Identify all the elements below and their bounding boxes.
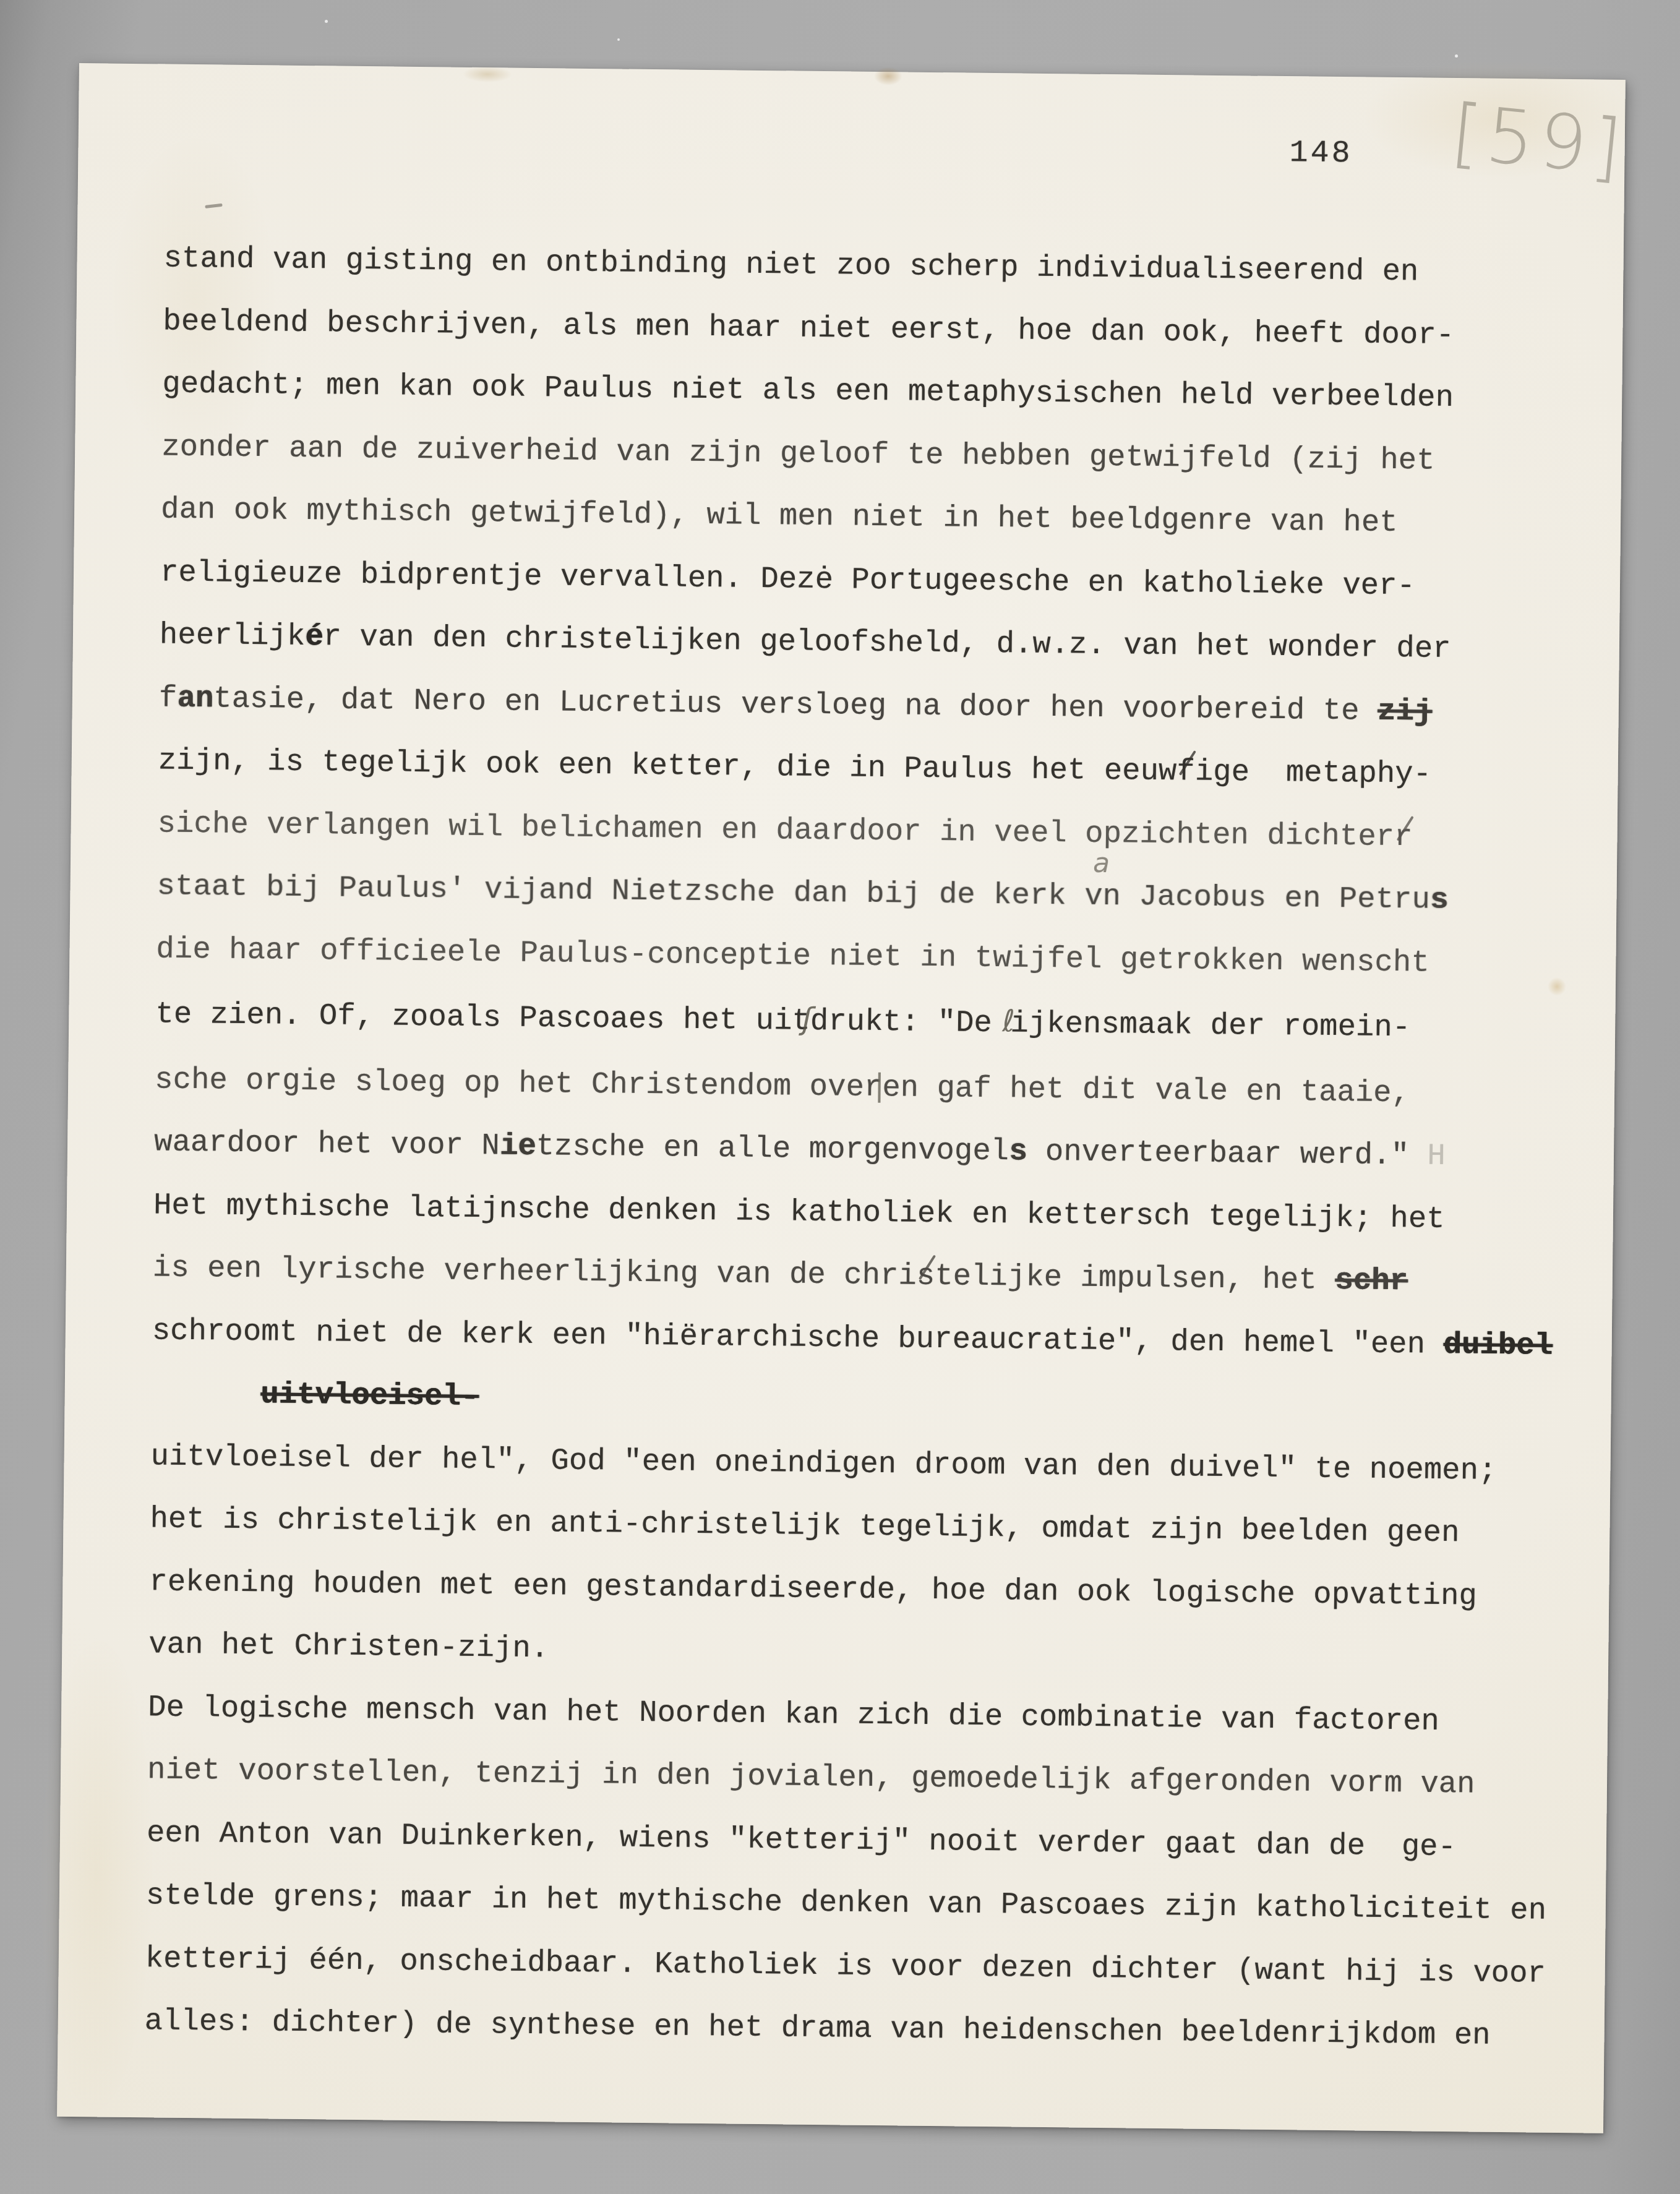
typed-text: niet voorstellen, tenzij in den jovialen…: [147, 1752, 1475, 1801]
typed-text: het is christelijk en anti-christelijk t…: [150, 1501, 1460, 1550]
typed-text: waardoor het voor N: [154, 1125, 500, 1163]
typed-text: n Jacobus en Petru: [1102, 879, 1430, 917]
struck-text: uitvloeisel-: [260, 1377, 479, 1414]
typed-text: dan ook mythisch getwijfeld), wil men ni…: [161, 492, 1398, 540]
typed-text: onverteerbaar werd.": [1027, 1134, 1427, 1173]
typed-text: en gaf het dit vale en taaie,: [882, 1070, 1410, 1110]
slashed-char: r: [1394, 806, 1413, 869]
struck-text: zij: [1378, 693, 1433, 729]
typed-text: te zien. Of, zooals Pascoaes het uit: [155, 996, 810, 1038]
paper-stain: [38, 1640, 155, 2112]
overtyped-text: é: [305, 619, 324, 654]
pen-mark: ℓ: [1002, 990, 1003, 1052]
typed-text: ijkensmaak der romein-: [1010, 1006, 1410, 1045]
typed-text: tzsche en alle morgenvogel: [536, 1129, 1009, 1168]
typed-text: telijke impulsen, het: [935, 1259, 1335, 1298]
pencil-insertion-letter: a: [1093, 850, 1110, 877]
typed-text-block: stand van gisting en ontbinding niet zoo…: [144, 227, 1564, 2068]
overtyped-text: an: [177, 680, 213, 716]
typed-text: gedacht; men kan ook Paulus niet als een…: [162, 366, 1454, 415]
typed-text: De logische mensch van het Noorden kan z…: [148, 1690, 1439, 1739]
typed-text: schroomt niet de kerk een "hiërarchische…: [152, 1313, 1444, 1362]
typed-text: van het Christen-zijn.: [148, 1627, 549, 1666]
paper-stain: [463, 66, 512, 83]
typed-text: religieuze bidprentje vervallen. Dezė Po…: [160, 555, 1415, 603]
overtyped-text: ie: [499, 1128, 536, 1163]
struck-text: duibel: [1443, 1327, 1553, 1363]
typed-text: tasie, dat Nero en Lucretius versloeg na…: [213, 681, 1378, 728]
dust-speck: [617, 38, 620, 41]
typed-text: f: [159, 680, 178, 715]
page-number: 148: [1289, 135, 1353, 171]
dust-speck: [325, 20, 328, 23]
pencil-annotation: [59]: [1448, 88, 1631, 192]
pen-mark: ʃ: [802, 988, 802, 1050]
typed-text: uitvloeisel der hel", God "een oneindige…: [150, 1439, 1496, 1488]
typed-text: heerlijk: [160, 617, 306, 654]
typed-text: is een lyrische verheerlijking van de ch…: [153, 1250, 917, 1293]
typed-text: staat bij Paulus' vijand Nietzsche dan b…: [156, 868, 1103, 914]
paper-stain: [874, 67, 902, 85]
typed-text: Het mythische latijnsche denken is katho…: [153, 1188, 1445, 1236]
photo-backdrop: 148 [59] stand van gisting en ontbinding…: [0, 0, 1680, 2194]
slashed-char: f: [1176, 740, 1196, 803]
typed-text: ige metaphy-: [1194, 755, 1431, 792]
typed-text: [151, 1376, 260, 1412]
typed-text: zonder aan de zuiverheid van zijn geloof…: [161, 429, 1435, 478]
typed-text: beeldend beschrijven, als men haar niet …: [163, 304, 1454, 353]
typed-text: alles: dichter) de synthese en het drama…: [144, 2003, 1490, 2053]
typed-text: stelde grens; maar in het mythische denk…: [146, 1878, 1547, 1927]
typed-text: sche orgie sloeg op het Christendom over: [155, 1062, 883, 1105]
stray-ink-mark: [205, 204, 222, 208]
manuscript-page: 148 [59] stand van gisting en ontbinding…: [57, 63, 1626, 2133]
typed-text: die haar officieele Paulus-conceptie nie…: [156, 932, 1429, 980]
overtyped-text: s: [1430, 883, 1449, 917]
dust-speck: [1455, 54, 1458, 58]
slashed-char: s: [916, 1245, 935, 1308]
faint-char: H: [1427, 1139, 1446, 1173]
overtyped-text: s: [1009, 1134, 1027, 1168]
typed-text: rekening houden met een gestandardiseerd…: [149, 1564, 1477, 1613]
struck-text: schr: [1335, 1263, 1408, 1298]
typed-text: r van den christelijken geloofsheld, d.w…: [323, 619, 1451, 666]
typed-text: zijn, is tegelijk ook een ketter, die in…: [158, 743, 1177, 789]
typed-text: siche verlangen wil belichamen en daardo…: [157, 806, 1394, 854]
typed-text: een Anton van Duinkerken, wiens "ketteri…: [147, 1815, 1457, 1864]
pen-mark: |: [874, 1054, 875, 1116]
typed-text: ketterij één, onscheidbaar. Katholiek is…: [145, 1941, 1546, 1990]
typed-text: drukt: "De: [810, 1004, 1011, 1040]
typed-text: stand van gisting en ontbinding niet zoo…: [163, 241, 1418, 289]
